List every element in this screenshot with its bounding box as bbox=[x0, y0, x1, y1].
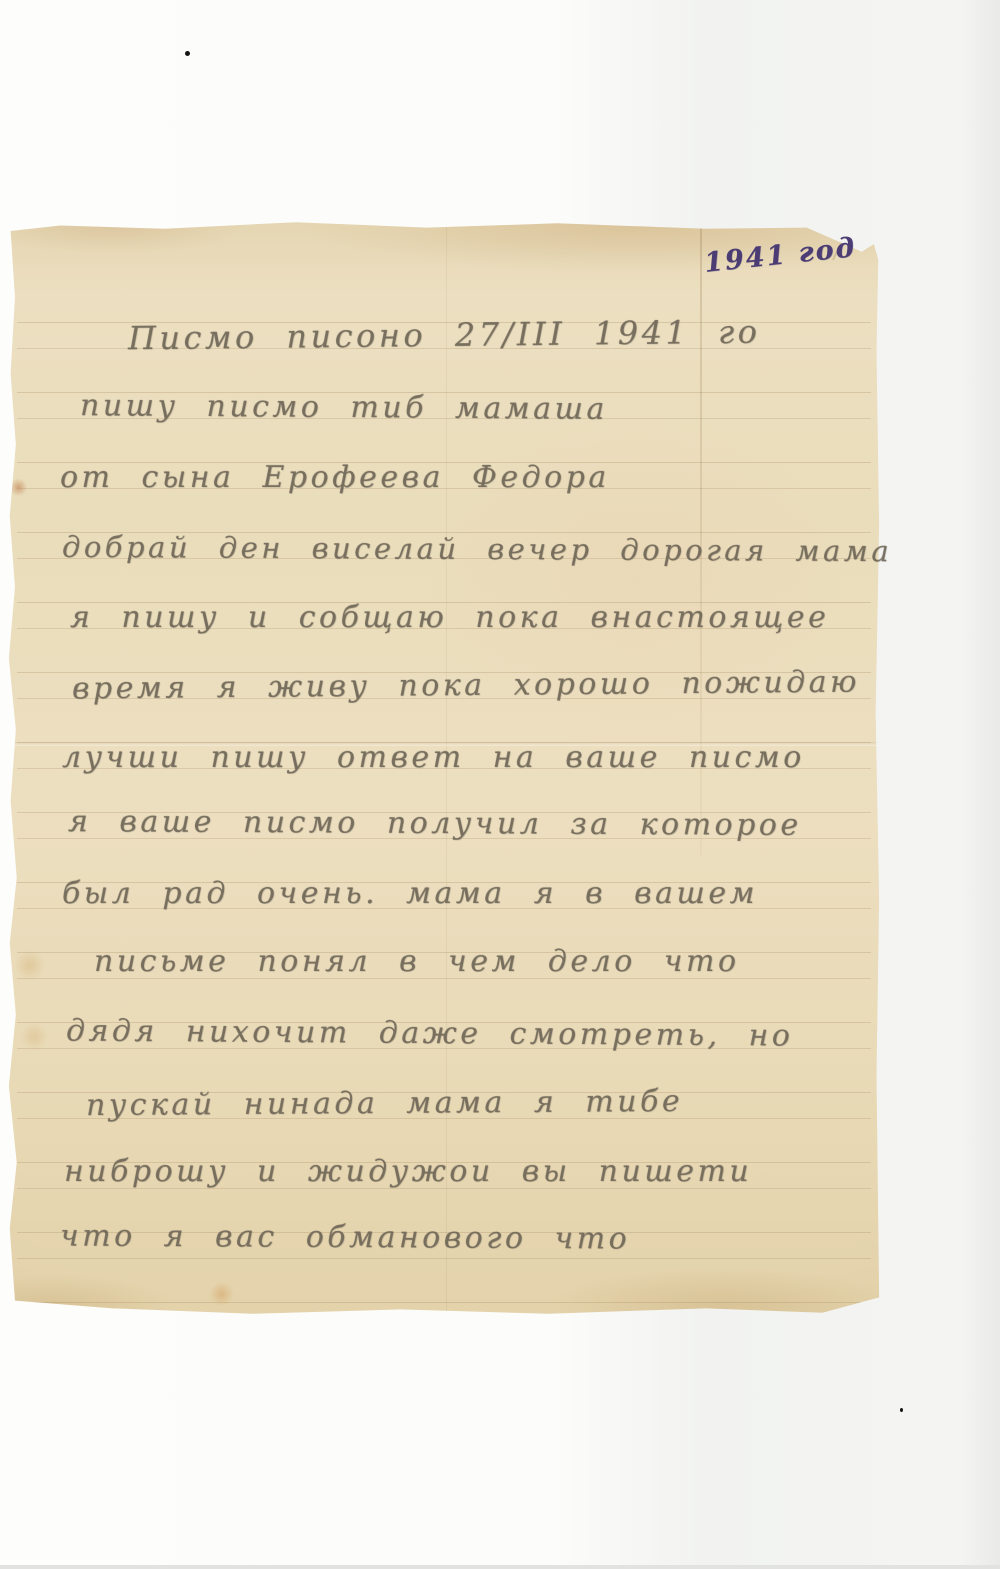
handwriting-line: пишу писмо тиб мамаша bbox=[80, 388, 608, 427]
handwriting-line: я пишу и собщаю пока внастоящее bbox=[70, 600, 829, 635]
handwriting-line: что я вас обманового что bbox=[60, 1219, 630, 1257]
scanner-background: 1941 год Писмо писоно 27/III 1941 го пиш… bbox=[0, 0, 1000, 1569]
handwriting-line: дядя нихочит даже смотреть, но bbox=[66, 1013, 794, 1053]
handwriting-line: время я живу пока хорошо пожидаю bbox=[72, 665, 860, 707]
handwriting-line: я ваше писмо получил за которое bbox=[68, 804, 802, 843]
handwriting-line: был рад очень. мама я в вашем bbox=[62, 876, 758, 911]
handwriting-line: ниброшу и жидужои вы пишети bbox=[64, 1154, 752, 1189]
handwriting-line: лучши пишу ответ на ваше писмо bbox=[62, 740, 805, 775]
handwriting-line: добрай ден виселай вечер дорогая мама bbox=[62, 530, 892, 568]
handwriting-line: Писмо писоно 27/III 1941 го bbox=[128, 313, 761, 358]
handwriting-line: письме понял в чем дело что bbox=[94, 944, 740, 979]
handwriting-line: от сына Ерофеева Федора bbox=[60, 460, 610, 495]
dust-speck bbox=[185, 51, 190, 56]
dust-speck bbox=[900, 1408, 903, 1412]
handwriting-line: пускай нинада мама я тибе bbox=[86, 1084, 683, 1123]
